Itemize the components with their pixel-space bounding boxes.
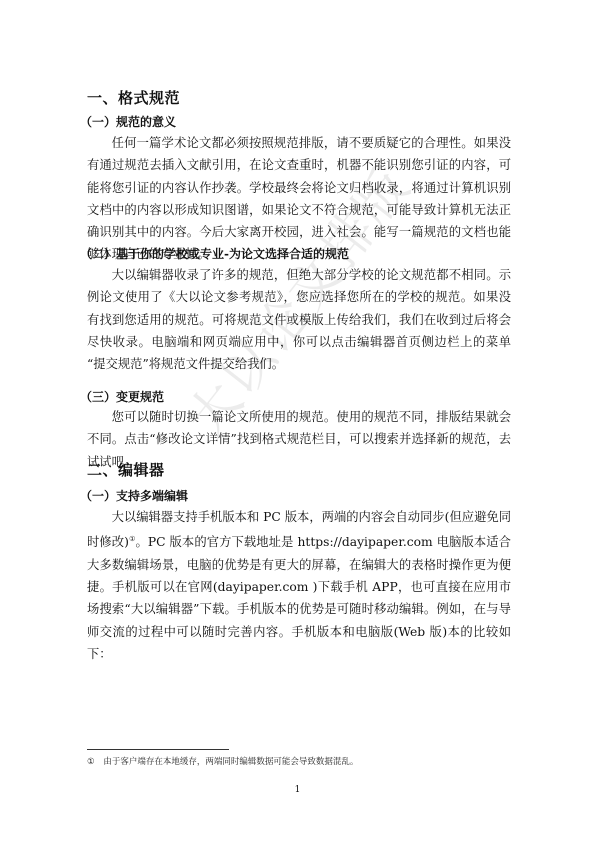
subsection-heading-change-standard: （三）变更规范	[80, 388, 164, 405]
page-number: 1	[0, 785, 595, 795]
paragraph-choose-standard: 大以编辑器收录了许多的规范，但绝大部分学校的论文规范都不相同。示例论文使用了《大…	[87, 264, 511, 375]
document-page: 大以论文排版 一、格式规范 （一）规范的意义 任何一篇学术论文都必须按照规范排版…	[0, 0, 595, 842]
footnote-mark: ①	[87, 757, 95, 767]
footnote-text: 由于客户端存在本地缓存，两端同时编辑数据可能会导致数据混乱。	[103, 757, 358, 767]
footnote: ① 由于客户端存在本地缓存，两端同时编辑数据可能会导致数据混乱。	[87, 755, 358, 767]
paragraph-multi-device: 大以编辑器支持手机版本和 PC 版本，两端的内容会自动同步(但应避免同时修改)①…	[87, 506, 511, 665]
subsection-heading-multi-device: （一）支持多端编辑	[80, 487, 188, 504]
paragraph-text-part2: 。PC 版本的官方下载地址是 https://dayipaper.com 电脑版…	[87, 535, 511, 660]
subsection-heading-meaning: （一）规范的意义	[80, 113, 176, 130]
footnote-divider	[87, 749, 229, 750]
section-heading-format: 一、格式规范	[87, 87, 180, 108]
section-heading-editor: 二、编辑器	[87, 459, 165, 480]
subsection-heading-choose-standard: （二）基于你的学校或专业-为论文选择合适的规范	[80, 245, 349, 262]
